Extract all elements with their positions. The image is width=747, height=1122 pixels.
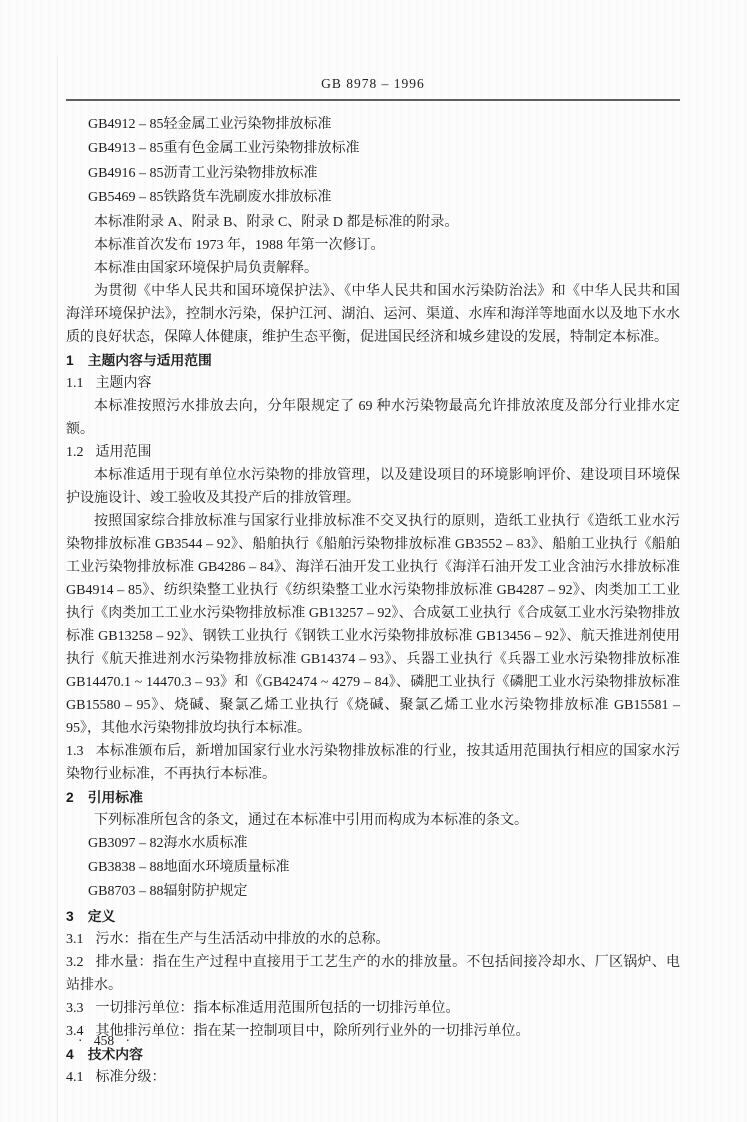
standard-title: 铁路货车洗刷废水排放标准 [163,186,680,210]
standard-title: 辐射防护规定 [163,880,680,904]
section-heading: 2引用标准 [66,786,680,809]
referenced-standard-row: GB8703 – 88辐射防护规定 [66,880,680,904]
foreword-paragraph: 本标准首次发布 1973 年，1988 年第一次修订。 [66,234,680,257]
clause-paragraph: 4.1标准分级： [66,1066,680,1089]
section-heading: 3定义 [66,905,680,928]
clause-number: 3.1 [66,932,84,947]
section-title: 主题内容与适用范围 [88,353,212,368]
page-number: · 458 · [78,1033,130,1049]
foreword-paragraph: 本标准附录 A、附录 B、附录 C、附录 D 都是标准的附录。 [66,211,680,234]
body-paragraph: 本标准按照污水排放去向，分年限规定了 69 种水污染物最高允许排放浓度及部分行业… [66,395,680,441]
section-number: 3 [66,909,74,924]
foreword-paragraphs: 本标准附录 A、附录 B、附录 C、附录 D 都是标准的附录。本标准首次发布 1… [66,211,680,349]
body-paragraph: 下列标准所包含的条文，通过在本标准中引用而构成为本标准的条文。 [66,809,680,832]
superseded-standard-row: GB4913 – 85重有色金属工业污染物排放标准 [66,137,680,161]
header-rule [66,99,680,101]
clause-text: 本标准颁布后，新增加国家行业水污染物排放标准的行业，按其适用范围执行相应的国家水… [66,744,680,782]
standard-title: 地面水环境质量标准 [163,856,680,880]
clause-paragraph: 3.2排水量：指在生产过程中直接用于工艺生产的水的排放量。不包括间接冷却水、厂区… [66,951,680,997]
clause-paragraph: 1.3本标准颁布后，新增加国家行业水污染物排放标准的行业，按其适用范围执行相应的… [66,740,680,786]
superseded-standard-row: GB4916 – 85沥青工业污染物排放标准 [66,162,680,186]
section-number: 4 [66,1047,74,1062]
superseded-standard-row: GB4912 – 85轻金属工业污染物排放标准 [66,113,680,137]
clause-paragraph: 3.4其他排污单位：指在某一控制项目中，除所列行业外的一切排污单位。 [66,1020,680,1043]
clause-paragraph: 1.1主题内容 [66,372,680,395]
standard-code: GB4912 – 85 [88,113,163,137]
clause-text: 其他排污单位：指在某一控制项目中，除所列行业外的一切排污单位。 [96,1024,530,1039]
superseded-standard-row: GB5469 – 85铁路货车洗刷废水排放标准 [66,186,680,210]
clause-text: 一切排污单位：指本标准适用范围所包括的一切排污单位。 [96,1001,460,1016]
clause-number: 4.1 [66,1070,84,1085]
foreword-paragraph: 本标准由国家环境保护局负责解释。 [66,257,680,280]
clause-text: 标准分级： [96,1070,166,1085]
body-paragraph: 本标准适用于现有单位水污染物的排放管理，以及建设项目的环境影响评价、建设项目环境… [66,464,680,510]
document-page: GB 8978 – 1996 GB4912 – 85轻金属工业污染物排放标准GB… [0,0,747,1122]
superseded-standards-list: GB4912 – 85轻金属工业污染物排放标准GB4913 – 85重有色金属工… [66,113,680,211]
standard-code: GB4916 – 85 [88,162,163,186]
standard-code: GB3097 – 82 [88,832,163,856]
clause-text: 适用范围 [96,445,152,460]
section-heading: 4技术内容 [66,1043,680,1066]
clause-text: 主题内容 [96,376,152,391]
clause-paragraph: 1.2适用范围 [66,441,680,464]
standard-code: GB4913 – 85 [88,137,163,161]
clause-number: 1.1 [66,376,84,391]
section-number: 2 [66,790,74,805]
standard-code: GB8703 – 88 [88,880,163,904]
document-body: GB4912 – 85轻金属工业污染物排放标准GB4913 – 85重有色金属工… [66,113,680,1089]
standard-title: 重有色金属工业污染物排放标准 [163,137,680,161]
clause-number: 1.3 [66,744,84,759]
standard-code: GB5469 – 85 [88,186,163,210]
section-title: 技术内容 [88,1047,143,1062]
clause-paragraph: 3.1污水：指在生产与生活活动中排放的水的总称。 [66,928,680,951]
clause-paragraph: 3.3一切排污单位：指本标准适用范围所包括的一切排污单位。 [66,997,680,1020]
clause-text: 排水量：指在生产过程中直接用于工艺生产的水的排放量。不包括间接冷却水、厂区锅炉、… [66,955,680,993]
standard-code: GB3838 – 88 [88,856,163,880]
standard-title: 海水水质标准 [163,832,680,856]
clause-text: 污水：指在生产与生活活动中排放的水的总称。 [96,932,390,947]
clause-number: 1.2 [66,445,84,460]
scanned-standard-page: { "header": { "doc_number": "GB 8978 – 1… [0,0,747,1122]
doc-number-header: GB 8978 – 1996 [66,0,680,92]
standard-title: 沥青工业污染物排放标准 [163,162,680,186]
referenced-standard-row: GB3097 – 82海水水质标准 [66,832,680,856]
clause-number: 3.2 [66,955,84,970]
clause-number: 3.3 [66,1001,84,1016]
section-title: 定义 [88,909,116,924]
body-paragraph: 按照国家综合排放标准与国家行业排放标准不交叉执行的原则，造纸工业执行《造纸工业水… [66,510,680,740]
section-heading: 1主题内容与适用范围 [66,349,680,372]
foreword-paragraph: 为贯彻《中华人民共和国环境保护法》、《中华人民共和国水污染防治法》和《中华人民共… [66,280,680,349]
section-title: 引用标准 [88,790,143,805]
standard-title: 轻金属工业污染物排放标准 [163,113,680,137]
section-number: 1 [66,353,74,368]
referenced-standard-row: GB3838 – 88地面水环境质量标准 [66,856,680,880]
sections-container: 1主题内容与适用范围1.1主题内容本标准按照污水排放去向，分年限规定了 69 种… [66,349,680,1089]
